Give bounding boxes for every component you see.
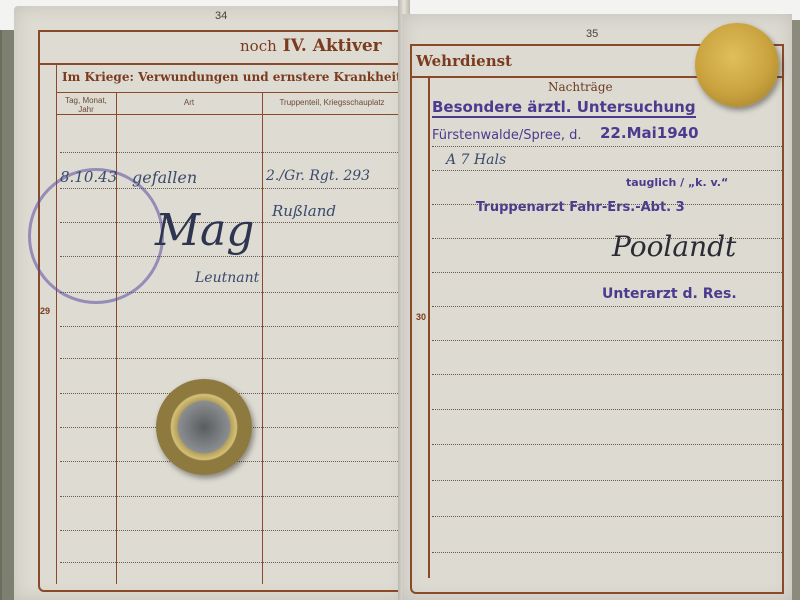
entry-kriegsschauplatz: Rußland	[272, 202, 336, 220]
dotted-line	[432, 552, 782, 553]
divider	[56, 92, 402, 93]
col-header-truppenteil: Truppenteil, Kriegsschauplatz	[264, 98, 400, 107]
dotted-line	[432, 409, 782, 410]
round-unit-stamp	[28, 168, 164, 304]
doctor-signature: Poolandt	[612, 230, 736, 263]
dotted-line	[432, 480, 782, 481]
right-header: Wehrdienst	[416, 52, 512, 70]
place-stamp: Fürstenwalde/Spree, d.	[432, 128, 582, 143]
dotted-line	[60, 358, 400, 359]
dotted-line	[432, 204, 782, 205]
column-rule	[262, 92, 263, 584]
entry-art: gefallen	[132, 168, 197, 187]
page-number-right: 35	[586, 28, 598, 40]
dotted-line	[432, 146, 782, 147]
dotted-line	[432, 238, 782, 239]
dotted-line	[432, 516, 782, 517]
signature-title: Leutnant	[195, 270, 259, 286]
dotted-line	[432, 374, 782, 375]
dotted-line	[60, 562, 400, 563]
dotted-line	[60, 530, 400, 531]
page-number-left: 34	[215, 10, 227, 22]
section-title-right: Nachträge	[548, 80, 613, 94]
coin-1-euro	[156, 379, 252, 475]
unit-stamp: Truppenarzt Fahr-Ers.-Abt. 3	[476, 200, 685, 215]
dotted-line	[432, 444, 782, 445]
row-number-right: 30	[416, 312, 426, 322]
date-stamp: 22.Mai1940	[600, 124, 699, 142]
dotted-line	[60, 496, 400, 497]
row-number-left: 29	[40, 306, 50, 316]
dotted-line	[60, 326, 400, 327]
header-title: IV. Aktiver	[283, 36, 382, 56]
divider	[40, 63, 402, 65]
result-stamp: tauglich / „k. v.“	[626, 176, 728, 189]
column-rule	[56, 64, 57, 584]
handwritten-note: A 7 Hals	[446, 152, 506, 168]
rank-stamp: Unterarzt d. Res.	[602, 286, 737, 302]
dotted-line	[432, 340, 782, 341]
column-rule	[428, 78, 430, 578]
right-page-frame	[410, 44, 784, 594]
left-header: noch IV. Aktiver	[240, 36, 382, 56]
entry-truppenteil: 2./Gr. Rgt. 293	[266, 168, 370, 184]
column-rule	[116, 92, 117, 584]
section-title-left: Im Kriege: Verwundungen und ernstere Kra…	[62, 70, 418, 84]
dotted-line	[60, 152, 400, 153]
stamp-heading: Besondere ärztl. Untersuchung	[432, 98, 696, 118]
entry-date: 8.10.43	[60, 168, 117, 186]
officer-signature: Mag	[155, 205, 254, 256]
dotted-line	[432, 170, 782, 171]
divider	[56, 114, 402, 115]
coin-10-cent	[695, 23, 779, 107]
dotted-line	[432, 306, 782, 307]
dotted-line	[432, 272, 782, 273]
col-header-art: Art	[118, 98, 260, 107]
header-prefix: noch	[240, 37, 277, 55]
col-header-date: Tag, Monat, Jahr	[58, 96, 114, 114]
